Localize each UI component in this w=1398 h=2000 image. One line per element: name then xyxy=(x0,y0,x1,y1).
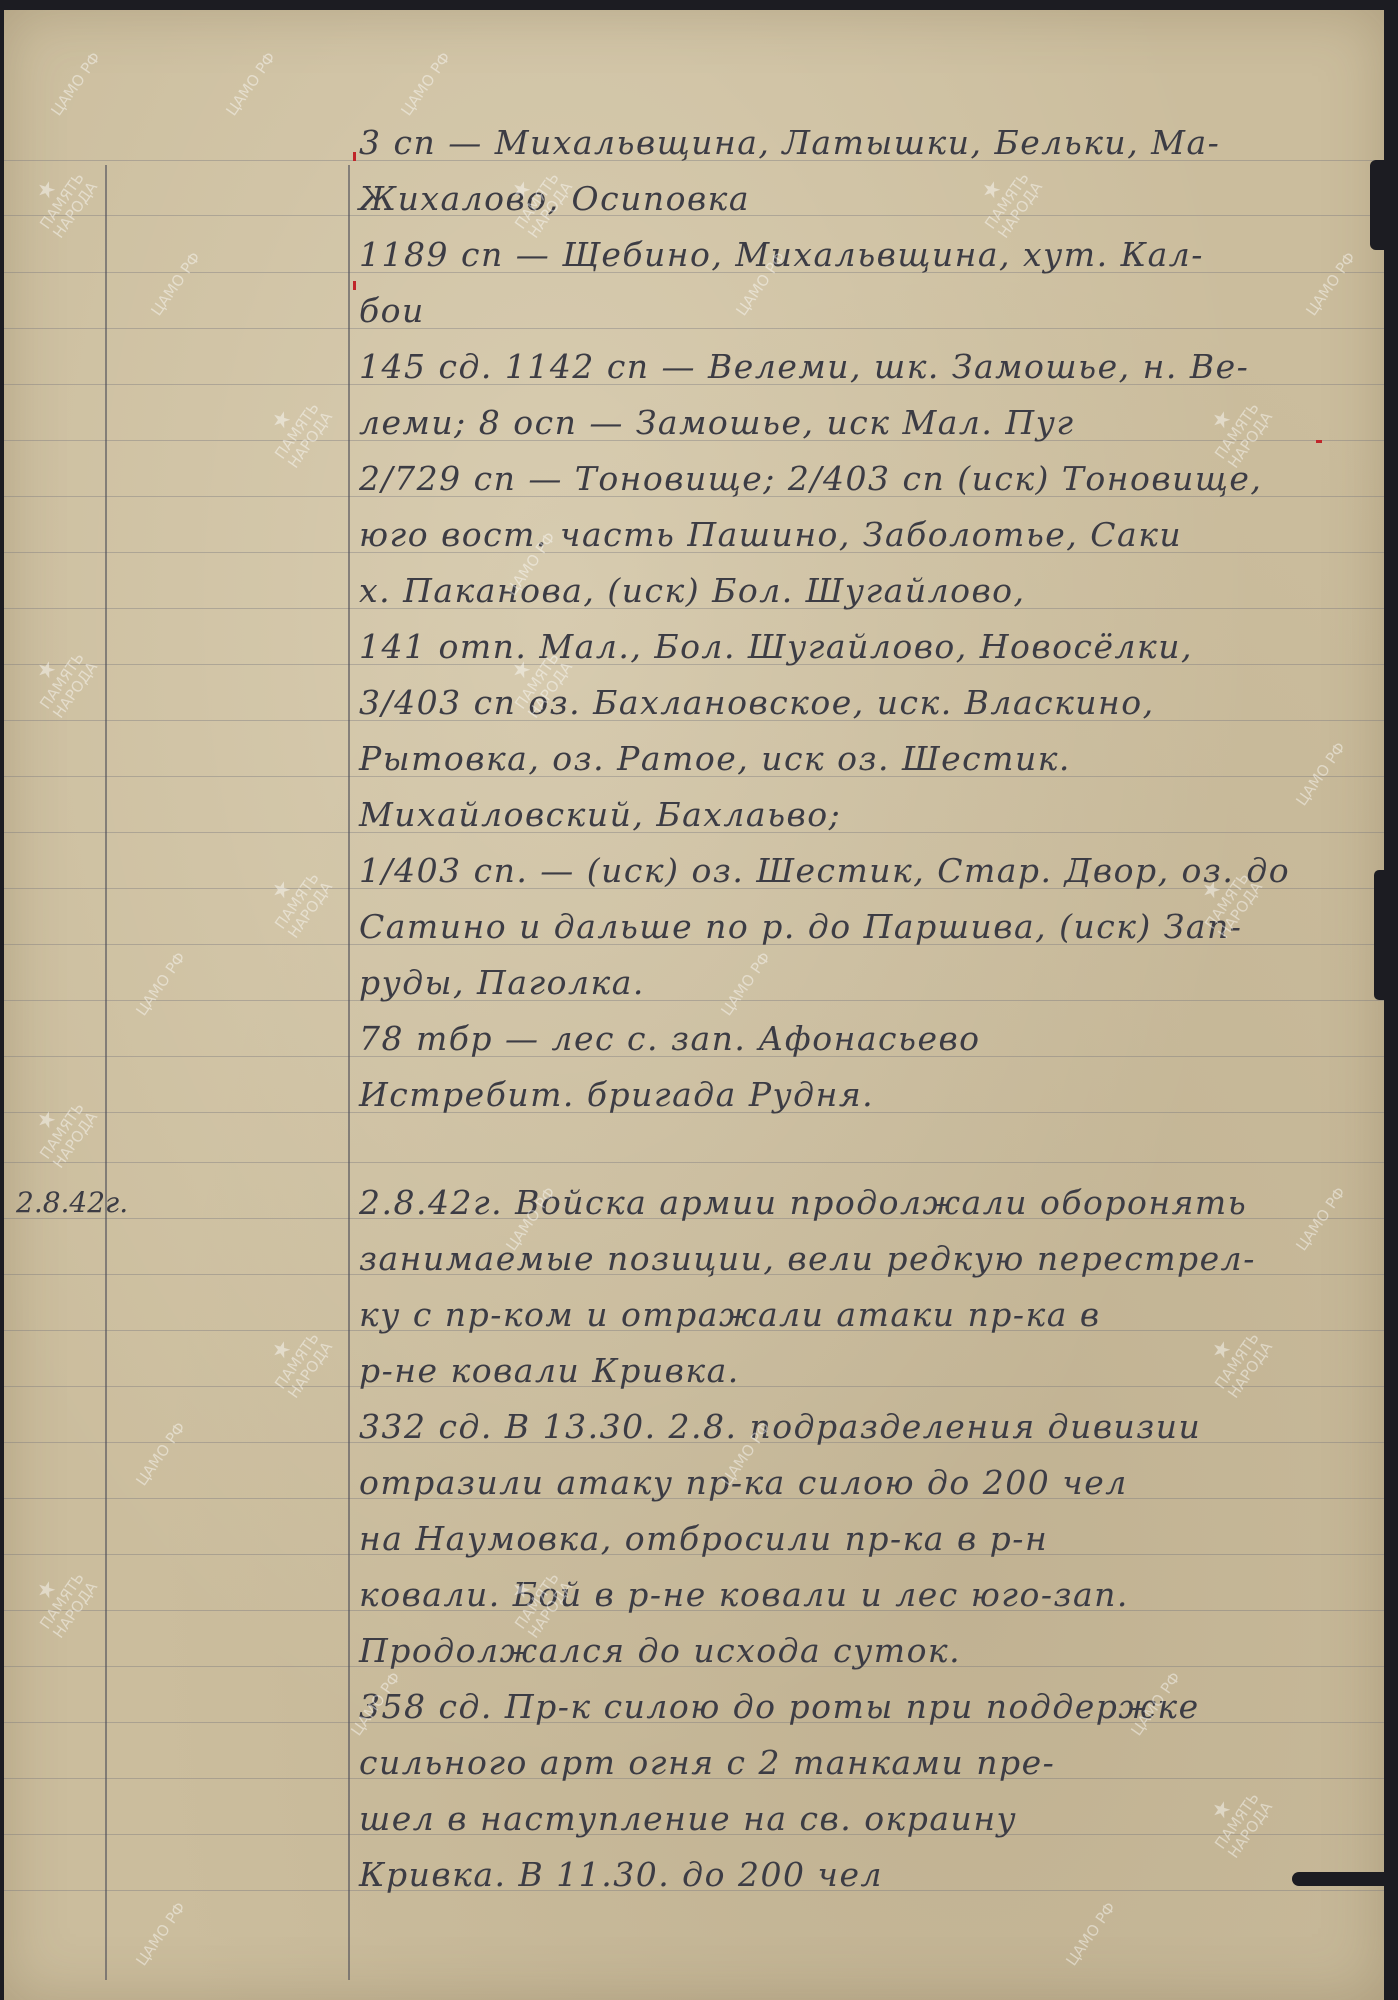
watermark-archive: ЦАМО РФ xyxy=(149,250,204,319)
text-line: 141 отп. Мал., Бол. Шугайлово, Новосёлки… xyxy=(359,630,1193,663)
text-line: Продолжался до исхода суток. xyxy=(359,1634,961,1667)
text-line: на Наумовка, отбросили пр-ка в р-н xyxy=(359,1522,1048,1555)
watermark-archive: ЦАМО РФ xyxy=(719,950,774,1019)
red-mark xyxy=(353,152,356,161)
watermark-archive: ЦАМО РФ xyxy=(399,50,454,119)
document-sheet: 2.8.42г. 3 сп — Михальвщина, Латышки, Бе… xyxy=(4,10,1384,2000)
watermark-archive: ЦАМО РФ xyxy=(224,50,279,119)
watermark-archive: ЦАМО РФ xyxy=(1294,1185,1349,1254)
torn-edge xyxy=(1292,1872,1384,1886)
watermark-project: ★ ПАМЯТЬ НАРОДА xyxy=(964,157,1046,241)
watermark-archive: ЦАМО РФ xyxy=(1304,250,1359,319)
star-icon: ★ xyxy=(1194,387,1250,453)
ruled-line xyxy=(4,1162,1384,1163)
text-line: 358 сд. Пр-к силою до роты при поддержке xyxy=(359,1690,1200,1723)
star-icon: ★ xyxy=(1194,1317,1250,1383)
watermark-archive: ЦАМО РФ xyxy=(49,50,104,119)
watermark-project: ★ ПАМЯТЬ НАРОДА xyxy=(19,157,101,241)
watermark-project: ★ ПАМЯТЬ НАРОДА xyxy=(254,387,336,471)
torn-edge xyxy=(1370,160,1384,250)
text-line: ковали. Бой в р-не ковали и лес юго-зап. xyxy=(359,1578,1129,1611)
red-mark xyxy=(353,281,356,290)
text-line: 1189 сп — Щебино, Михальвщина, хут. Кал- xyxy=(359,238,1204,271)
text-line: занимаемые позиции, вели редкую перестре… xyxy=(359,1242,1256,1275)
star-icon: ★ xyxy=(964,157,1020,223)
text-line: Кривка. В 11.30. до 200 чел xyxy=(359,1858,883,1891)
watermark-project: ★ ПАМЯТЬ НАРОДА xyxy=(19,1557,101,1641)
watermark-archive: ЦАМО РФ xyxy=(134,950,189,1019)
text-line: 2/729 сп — Тоновище; 2/403 сп (иск) Тоно… xyxy=(359,462,1262,495)
text-line: 1/403 сп. — (иск) оз. Шестик, Стар. Двор… xyxy=(359,854,1290,887)
torn-edge xyxy=(1374,870,1384,1000)
star-icon: ★ xyxy=(19,157,75,223)
margin-date: 2.8.42г. xyxy=(16,1186,128,1219)
red-mark xyxy=(1316,440,1322,443)
text-line: Истребит. бригада Рудня. xyxy=(359,1078,874,1111)
margin-line-left xyxy=(105,165,107,1980)
text-line: 78 тбр — лес с. зап. Афонасьево xyxy=(359,1022,981,1055)
text-line: Жихалово, Осиповка xyxy=(359,182,750,215)
watermark-project: ★ ПАМЯТЬ НАРОДА xyxy=(254,857,336,941)
watermark-archive: ЦАМО РФ xyxy=(134,1420,189,1489)
text-line: 3/403 сп оз. Бахлановское, иск. Власкино… xyxy=(359,686,1155,719)
text-line: 2.8.42г. Войска армии продолжали обороня… xyxy=(359,1186,1247,1219)
ruled-line xyxy=(4,328,1384,329)
star-icon: ★ xyxy=(19,1557,75,1623)
text-line: 332 сд. В 13.30. 2.8. подразделения диви… xyxy=(359,1410,1201,1443)
text-line: сильного арт огня с 2 танками пре- xyxy=(359,1746,1055,1779)
text-line: руды, Паголка. xyxy=(359,966,645,999)
text-line: бои xyxy=(359,294,425,327)
watermark-archive: ЦАМО РФ xyxy=(1294,740,1349,809)
star-icon: ★ xyxy=(254,857,310,923)
watermark-project: ★ ПАМЯТЬ НАРОДА xyxy=(1194,1777,1276,1861)
text-line: отразили атаку пр-ка силою до 200 чел xyxy=(359,1466,1128,1499)
ruled-line xyxy=(4,1000,1384,1001)
star-icon: ★ xyxy=(19,637,75,703)
margin-line-text xyxy=(348,165,350,1980)
text-line: Рытовка, оз. Ратое, иск оз. Шестик. xyxy=(359,742,1071,775)
text-line: леми; 8 осп — Замошье, иск Мал. Пуг xyxy=(359,406,1075,439)
text-line: шел в наступление на св. окраину xyxy=(359,1802,1017,1835)
watermark-project: ★ ПАМЯТЬ НАРОДА xyxy=(19,1087,101,1171)
star-icon: ★ xyxy=(19,1087,75,1153)
text-line: 3 сп — Михальвщина, Латышки, Бельки, Ма- xyxy=(359,126,1220,159)
watermark-project: ★ ПАМЯТЬ НАРОДА xyxy=(19,637,101,721)
watermark-archive: ЦАМО РФ xyxy=(1064,1900,1119,1969)
text-line: х. Паканова, (иск) Бол. Шугайлово, xyxy=(359,574,1026,607)
star-icon: ★ xyxy=(254,1317,310,1383)
watermark-archive: ЦАМО РФ xyxy=(134,1900,189,1969)
text-line: Михайловский, Бахлаьво; xyxy=(359,798,841,831)
text-line: ку с пр-ком и отражали атаки пр-ка в xyxy=(359,1298,1101,1331)
text-line: р-не ковали Кривка. xyxy=(359,1354,740,1387)
text-line: Сатино и дальше по р. до Паршива, (иск) … xyxy=(359,910,1242,943)
star-icon: ★ xyxy=(254,387,310,453)
text-line: юго вост. часть Пашино, Заболотье, Саки xyxy=(359,518,1182,551)
text-line: 145 сд. 1142 сп — Велеми, шк. Замошье, н… xyxy=(359,350,1249,383)
